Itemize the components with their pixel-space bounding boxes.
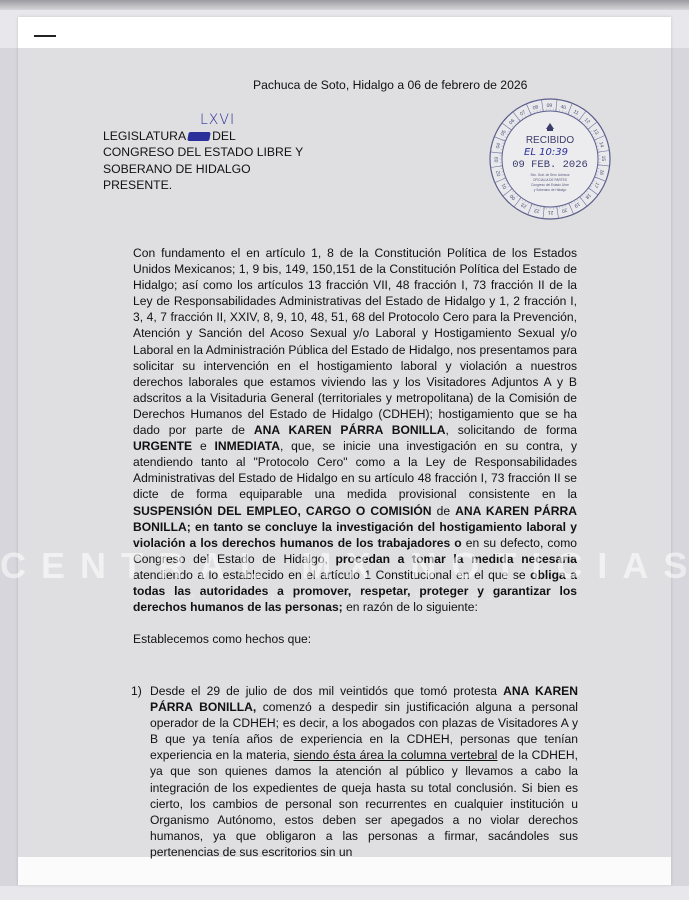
viewer-top-bar (0, 0, 689, 10)
handwritten-legislature-number: LXVI (200, 112, 235, 128)
place-date: Pachuca de Soto, Hidalgo a 06 de febrero… (253, 78, 527, 92)
page-header-strip (18, 17, 671, 48)
address-line-4: PRESENTE. (103, 177, 303, 193)
stamp-date: 09 FEB. 2026 (512, 159, 588, 171)
viewer-left-margin (0, 48, 18, 886)
watermark: CENTRAL MX NOTICIAS (0, 545, 689, 587)
received-stamp: 4011121314151617181920212223000102030405… (488, 97, 612, 221)
svg-text:09: 09 (547, 103, 553, 109)
address-line-1: LEGISLATURADEL (103, 128, 303, 144)
svg-text:21: 21 (548, 209, 554, 215)
facts-intro: Establecemos como hechos que: (133, 631, 577, 647)
stamp-line-4: y Soberano de Hidalgo (534, 188, 567, 192)
dash-mark (34, 35, 56, 37)
fact-item: 1) Desde el 29 de julio de dos mil veint… (131, 683, 578, 860)
stamp-line-3: Congreso del Estado Libre (531, 183, 569, 187)
svg-text:15: 15 (600, 156, 606, 162)
stamp-handwritten-time: EL 10:39 (524, 147, 568, 158)
recipient-address: LEGISLATURADEL CONGRESO DEL ESTADO LIBRE… (103, 128, 303, 193)
viewer-right-margin (671, 48, 689, 886)
stamp-line-2: OFICIALIA DE PARTES (533, 178, 567, 182)
address-line-3: SOBERANO DE HIDALGO (103, 161, 303, 177)
stamp-graphic: 4011121314151617181920212223000102030405… (488, 97, 612, 221)
address-line-2: CONGRESO DEL ESTADO LIBRE Y (103, 144, 303, 160)
facts-list: 1) Desde el 29 de julio de dos mil veint… (131, 683, 578, 860)
stamp-line-1: Sec. Gral. de Serv. Admvos (531, 173, 570, 177)
page-footer-strip (18, 857, 671, 885)
svg-text:03: 03 (494, 157, 500, 163)
legislature-label: LEGISLATURA (103, 129, 186, 143)
stamp-title: RECIBIDO (526, 135, 575, 146)
watermark-subtitle: PERIODISMO SIN EXTREMOS (0, 592, 689, 602)
fact-number: 1) (131, 683, 142, 699)
redaction-mark (187, 132, 211, 141)
del-label: DEL (212, 129, 236, 143)
